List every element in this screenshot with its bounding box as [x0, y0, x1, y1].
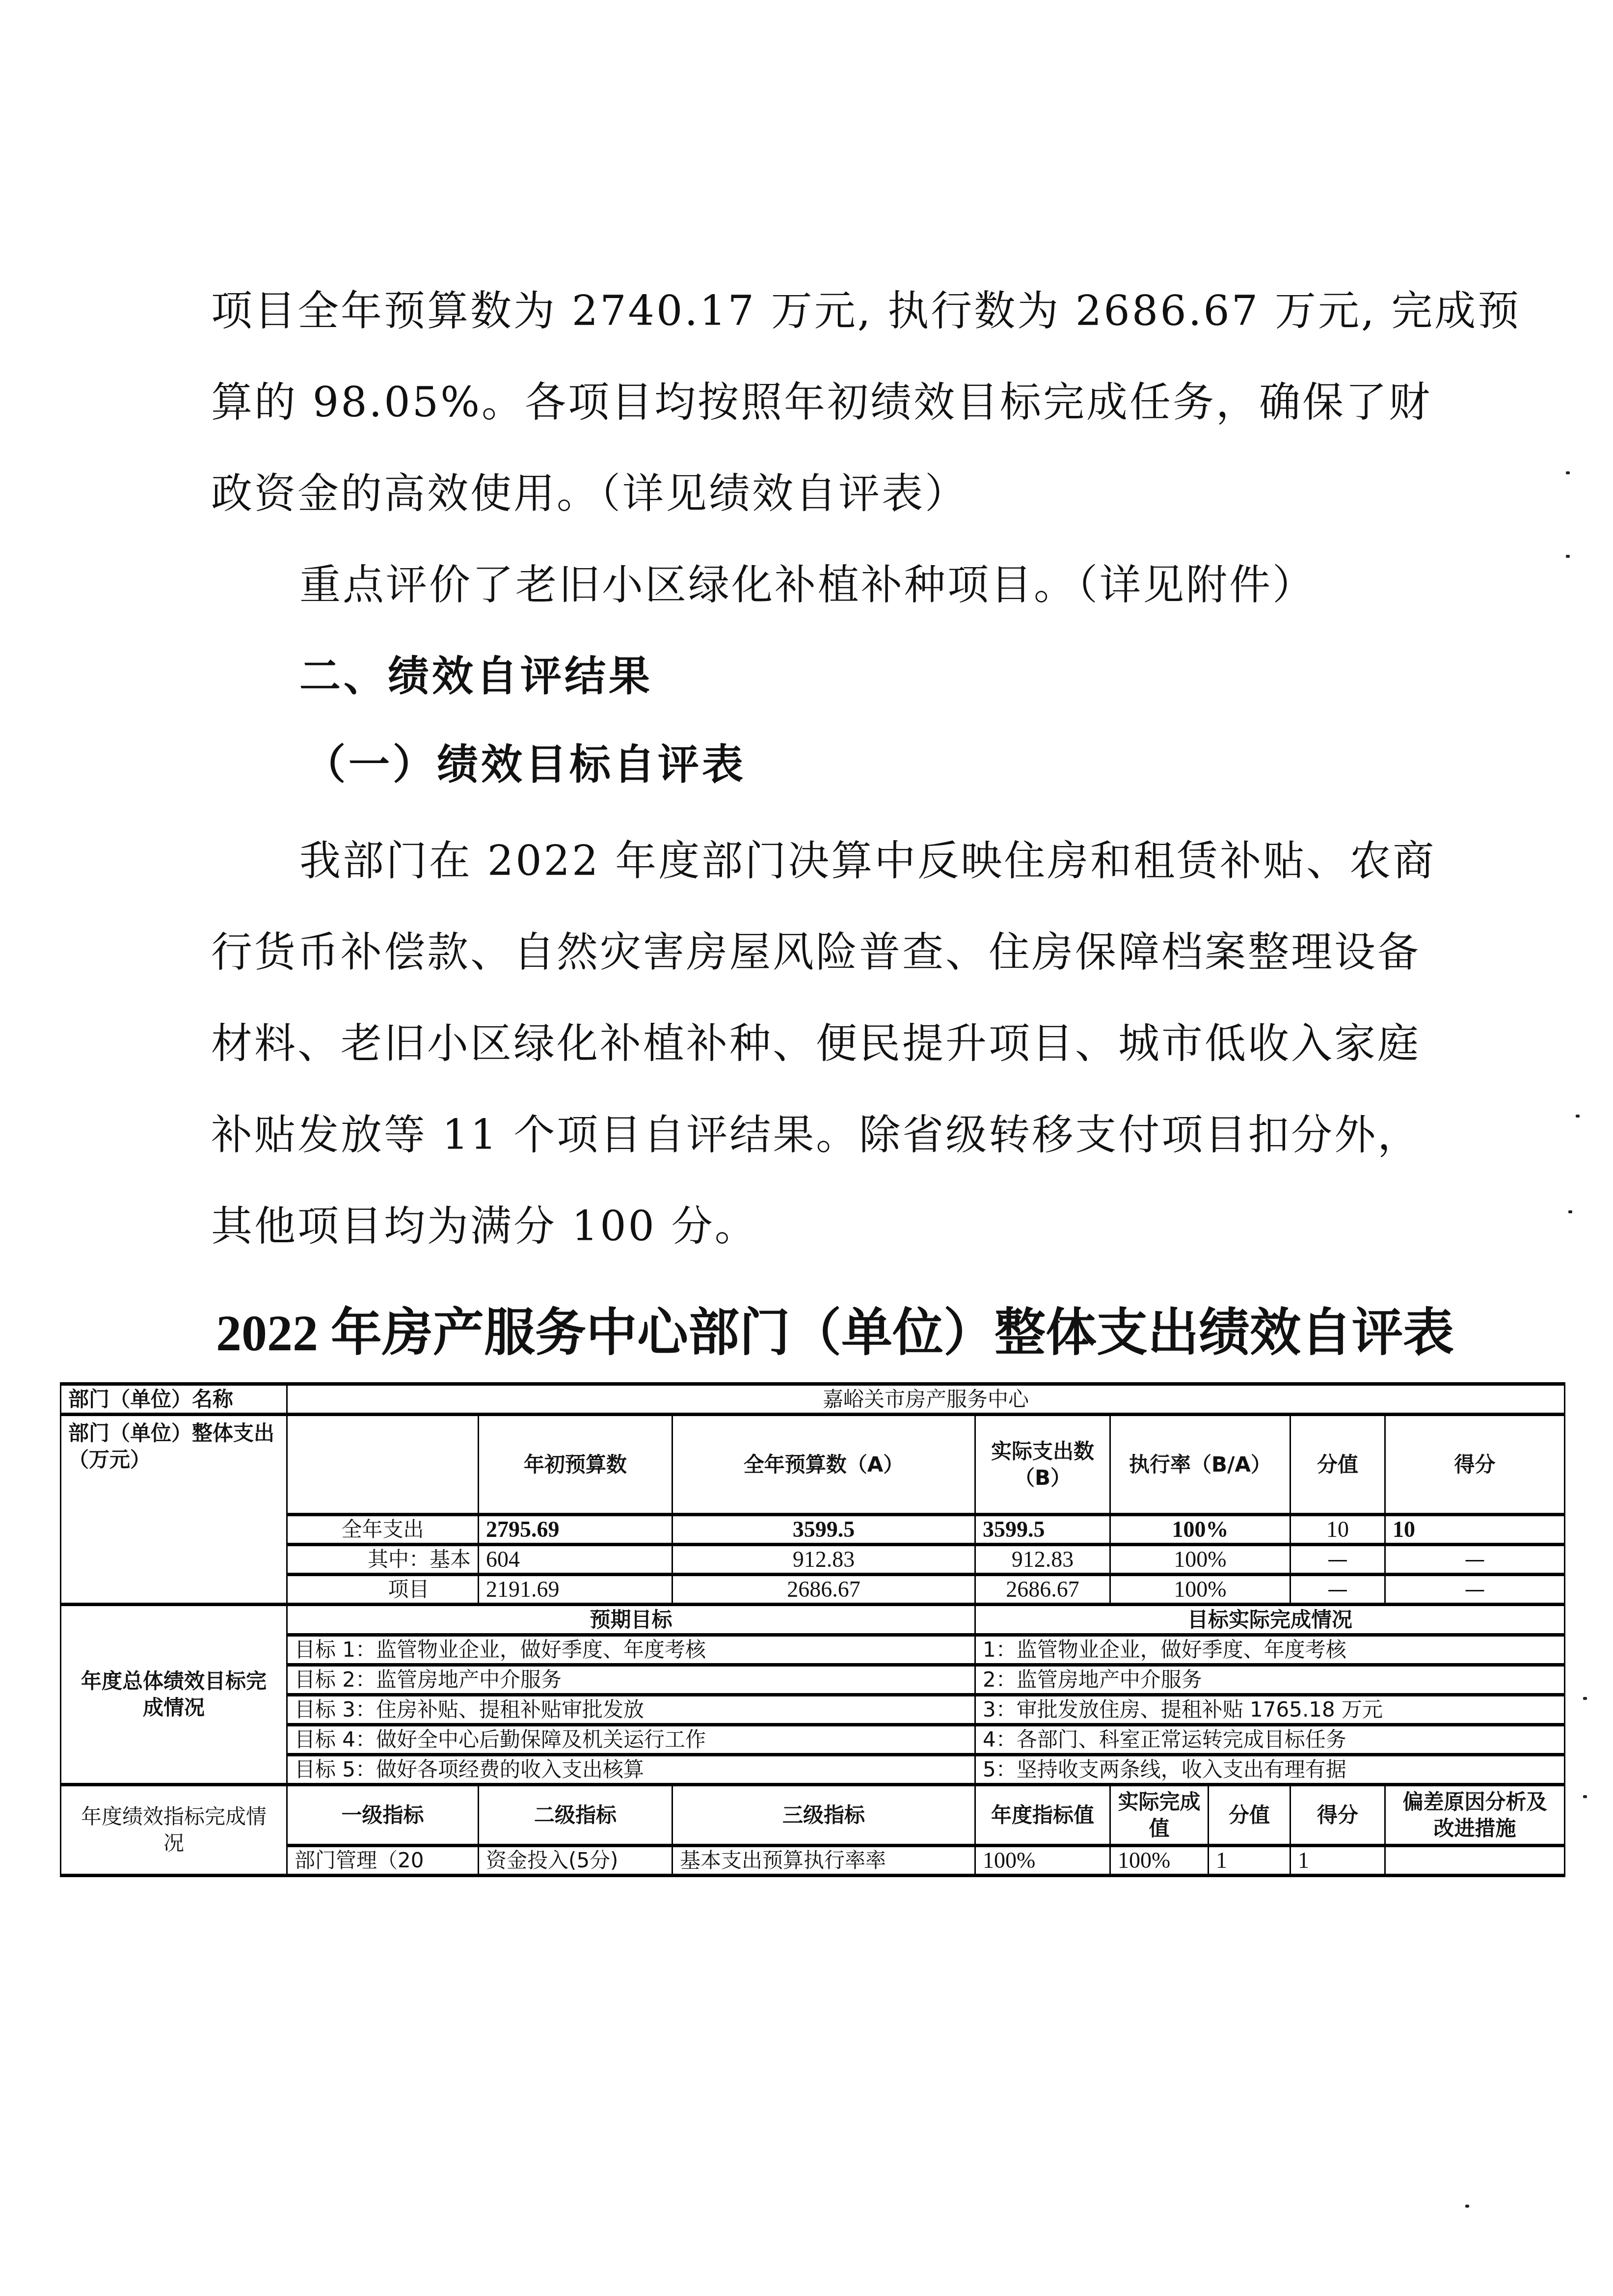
header-initial-budget: 年初预算数 — [479, 1415, 672, 1515]
expense-rate: 100% — [1110, 1515, 1290, 1545]
intro-line: 项目全年预算数为 2740.17 万元, 执行数为 2686.67 万元, 完成… — [211, 265, 1419, 356]
header-target-value: 年度指标值 — [975, 1785, 1110, 1846]
goals-label: 年度总体绩效目标完成情况 — [61, 1605, 287, 1785]
indicator-actual: 100% — [1110, 1846, 1209, 1876]
goals-header-row: 年度总体绩效目标完成情况 预期目标 目标实际完成情况 — [61, 1605, 1565, 1635]
header-score: 得分 — [1385, 1415, 1565, 1515]
scan-speck — [1583, 1697, 1587, 1700]
body-line: 材料、老旧小区绿化补植补种、便民提升项目、城市低收入家庭 — [211, 998, 1419, 1089]
goal-actual: 2：监管房地产中介服务 — [975, 1665, 1565, 1695]
goal-expected: 目标 3：住房补贴、提租补贴审批发放 — [287, 1695, 975, 1725]
expense-score: — — [1385, 1575, 1565, 1605]
intro-paragraph: 项目全年预算数为 2740.17 万元, 执行数为 2686.67 万元, 完成… — [211, 265, 1419, 630]
expense-header-row: 部门（单位）整体支出（万元） 年初预算数 全年预算数（A） 实际支出数（B） 执… — [61, 1415, 1565, 1515]
expense-initial: 2191.69 — [479, 1575, 672, 1605]
expense-weight: 10 — [1290, 1515, 1385, 1545]
header-level1: 一级指标 — [287, 1785, 479, 1846]
indicators-label: 年度绩效指标完成情况 — [61, 1785, 287, 1876]
goals-header-expected: 预期目标 — [287, 1605, 975, 1635]
intro-line: 政资金的高效使用。（详见绩效自评表） — [211, 448, 1419, 539]
section-heading: 二、绩效自评结果 — [299, 643, 653, 703]
indicator-weight: 1 — [1209, 1846, 1290, 1876]
expense-rate: 100% — [1110, 1545, 1290, 1575]
body-line: 补贴发放等 11 个项目自评结果。除省级转移支付项目扣分外， — [211, 1089, 1419, 1180]
header-actual-expense: 实际支出数（B） — [975, 1415, 1110, 1515]
expense-actual: 2686.67 — [975, 1575, 1110, 1605]
expense-score: — — [1385, 1545, 1565, 1575]
expense-label: 部门（单位）整体支出（万元） — [61, 1415, 287, 1605]
indicator-target: 100% — [975, 1846, 1110, 1876]
header-weight: 分值 — [1290, 1415, 1385, 1515]
goal-actual: 3：审批发放住房、提租补贴 1765.18 万元 — [975, 1695, 1565, 1725]
scan-speck — [1566, 471, 1570, 474]
scan-speck — [1566, 555, 1570, 558]
expense-row-label: 项目 — [287, 1575, 479, 1605]
body-line: 我部门在 2022 年度部门决算中反映住房和租赁补贴、农商 — [211, 815, 1419, 906]
header-annual-budget: 全年预算数（A） — [672, 1415, 975, 1515]
expense-actual: 912.83 — [975, 1545, 1110, 1575]
document-page: 项目全年预算数为 2740.17 万元, 执行数为 2686.67 万元, 完成… — [0, 0, 1613, 2296]
indicator-level3: 基本支出预算执行率率 — [672, 1846, 975, 1876]
scan-speck — [1465, 2205, 1469, 2208]
indicator-score: 1 — [1290, 1846, 1385, 1876]
goal-actual: 5：坚持收支两条线，收入支出有理有据 — [975, 1755, 1565, 1785]
indicator-deviation — [1385, 1846, 1565, 1876]
indicator-header-row: 年度绩效指标完成情况 一级指标 二级指标 三级指标 年度指标值 实际完成值 分值… — [61, 1785, 1565, 1846]
expense-score: 10 — [1385, 1515, 1565, 1545]
expense-weight: — — [1290, 1545, 1385, 1575]
expense-annual: 2686.67 — [672, 1575, 975, 1605]
body-line: 行货币补偿款、自然灾害房屋风险普查、住房保障档案整理设备 — [211, 906, 1419, 998]
expense-annual: 3599.5 — [672, 1515, 975, 1545]
scan-speck — [1583, 1795, 1587, 1798]
expense-row-label: 全年支出 — [287, 1515, 479, 1545]
goal-actual: 4：各部门、科室正常运转完成目标任务 — [975, 1725, 1565, 1755]
focus-evaluation-line: 重点评价了老旧小区绿化补植补种项目。（详见附件） — [211, 539, 1419, 630]
dept-name-value: 嘉峪关市房产服务中心 — [287, 1384, 1565, 1415]
expense-annual: 912.83 — [672, 1545, 975, 1575]
scan-speck — [1576, 1115, 1580, 1118]
expense-header-blank — [287, 1415, 479, 1515]
expense-row-label: 其中：基本 — [287, 1545, 479, 1575]
body-paragraph: 我部门在 2022 年度部门决算中反映住房和租赁补贴、农商 行货币补偿款、自然灾… — [211, 815, 1419, 1272]
goal-expected: 目标 5：做好各项经费的收入支出核算 — [287, 1755, 975, 1785]
scan-speck — [1568, 1210, 1572, 1213]
expense-initial: 2795.69 — [479, 1515, 672, 1545]
indicator-level2: 资金投入(5分) — [479, 1846, 672, 1876]
expense-weight: — — [1290, 1575, 1385, 1605]
header-execution-rate: 执行率（B/A） — [1110, 1415, 1290, 1515]
header-score: 得分 — [1290, 1785, 1385, 1846]
table-title: 2022 年房产服务中心部门（单位）整体支出绩效自评表 — [216, 1291, 1443, 1365]
goal-expected: 目标 1：监管物业企业，做好季度、年度考核 — [287, 1635, 975, 1665]
header-level2: 二级指标 — [479, 1785, 672, 1846]
expense-initial: 604 — [479, 1545, 672, 1575]
dept-name-label: 部门（单位）名称 — [61, 1384, 287, 1415]
expense-rate: 100% — [1110, 1575, 1290, 1605]
goal-expected: 目标 2：监管房地产中介服务 — [287, 1665, 975, 1695]
goal-actual: 1：监管物业企业，做好季度、年度考核 — [975, 1635, 1565, 1665]
header-deviation: 偏差原因分析及改进措施 — [1385, 1785, 1565, 1846]
dept-name-row: 部门（单位）名称 嘉峪关市房产服务中心 — [61, 1384, 1565, 1415]
header-weight: 分值 — [1209, 1785, 1290, 1846]
header-actual-value: 实际完成值 — [1110, 1785, 1209, 1846]
subsection-heading: （一）绩效目标自评表 — [304, 732, 746, 791]
header-level3: 三级指标 — [672, 1785, 975, 1846]
body-line: 其他项目均为满分 100 分。 — [211, 1180, 1419, 1272]
goal-expected: 目标 4：做好全中心后勤保障及机关运行工作 — [287, 1725, 975, 1755]
intro-line: 算的 98.05%。各项目均按照年初绩效目标完成任务，确保了财 — [211, 356, 1419, 448]
goals-header-actual: 目标实际完成情况 — [975, 1605, 1565, 1635]
self-evaluation-table: 部门（单位）名称 嘉峪关市房产服务中心 部门（单位）整体支出（万元） 年初预算数… — [60, 1382, 1565, 1877]
expense-actual: 3599.5 — [975, 1515, 1110, 1545]
indicator-level1: 部门管理（20 — [287, 1846, 479, 1876]
